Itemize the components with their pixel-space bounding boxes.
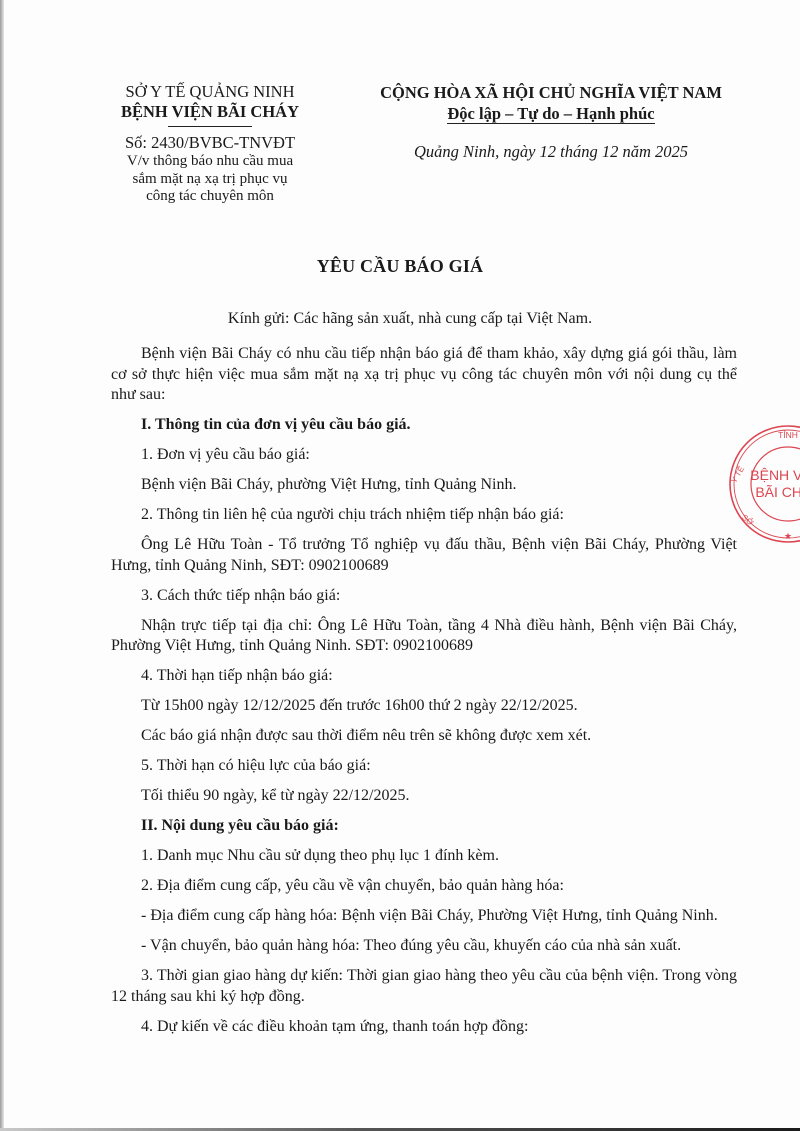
section-1-item-4-value: Từ 15h00 ngày 12/12/2025 đến trước 16h00…	[111, 696, 737, 717]
subject-line: công tác chuyên môn	[100, 188, 320, 206]
section-2-item-2-location: - Địa điểm cung cấp hàng hóa: Bệnh viện …	[111, 906, 737, 927]
national-motto: Độc lập – Tự do – Hạnh phúc	[447, 105, 654, 124]
stamp-top-text: TỈNH	[778, 429, 798, 440]
scan-left-edge	[0, 0, 4, 1131]
section-2-item-2-label: 2. Địa điểm cung cấp, yêu cầu về vận chu…	[111, 876, 737, 897]
document-title: YÊU CẦU BÁO GIÁ	[0, 256, 800, 277]
document-subject: V/v thông báo nhu cầu mua sắm mặt nạ xạ …	[100, 153, 320, 206]
section-1-item-2-value: Ông Lê Hữu Toàn - Tổ trưởng Tổ nghiệp vụ…	[111, 535, 737, 576]
section-1-item-5-label: 5. Thời hạn có hiệu lực của báo giá:	[111, 756, 737, 777]
addressee-line: Kính gửi: Các hãng sản xuất, nhà cung cấ…	[0, 310, 800, 328]
section-1-item-1-value: Bệnh viện Bãi Cháy, phường Việt Hưng, tỉ…	[111, 475, 737, 496]
section-1-item-2-label: 2. Thông tin liên hệ của người chịu trác…	[111, 505, 737, 526]
document-page: SỞ Y TẾ QUẢNG NINH BỆNH VIỆN BÃI CHÁY Số…	[0, 0, 800, 1131]
place-and-date: Quảng Ninh, ngày 12 tháng 12 năm 2025	[356, 141, 746, 162]
organization-name: BỆNH VIỆN BÃI CHÁY	[100, 102, 320, 122]
official-seal-stamp: TỈNH Y TẾ SỞ BỆNH VIỆN BÃI CHÁY ★	[726, 422, 800, 546]
section-1-item-3-label: 3. Cách thức tiếp nhận báo giá:	[111, 586, 737, 607]
header-divider	[168, 126, 252, 127]
document-number: Số: 2430/BVBC-TNVĐT	[100, 133, 320, 153]
section-1-heading: I. Thông tin của đơn vị yêu cầu báo giá.	[111, 415, 737, 436]
section-2-item-2-transport: - Vận chuyển, bảo quản hàng hóa: Theo đú…	[111, 936, 737, 957]
nation-title: CỘNG HÒA XÃ HỘI CHỦ NGHĨA VIỆT NAM	[356, 82, 746, 103]
issuing-authority-block: SỞ Y TẾ QUẢNG NINH BỆNH VIỆN BÃI CHÁY Số…	[100, 82, 320, 206]
section-2-heading: II. Nội dung yêu cầu báo giá:	[111, 816, 737, 837]
section-1-item-5-value: Tối thiểu 90 ngày, kể từ ngày 22/12/2025…	[111, 786, 737, 807]
parent-organization: SỞ Y TẾ QUẢNG NINH	[100, 82, 320, 102]
section-1-item-4-label: 4. Thời hạn tiếp nhận báo giá:	[111, 666, 737, 687]
star-icon: ★	[784, 532, 792, 542]
stamp-bottom-left-text: SỞ	[740, 513, 755, 528]
national-header-block: CỘNG HÒA XÃ HỘI CHỦ NGHĨA VIỆT NAM Độc l…	[356, 82, 746, 162]
stamp-center-line-1: BỆNH VIỆN	[750, 467, 800, 483]
subject-line: sắm mặt nạ xạ trị phục vụ	[100, 171, 320, 189]
section-2-item-4: 4. Dự kiến về các điều khoản tạm ứng, th…	[111, 1017, 737, 1038]
section-2-item-1: 1. Danh mục Nhu cầu sử dụng theo phụ lục…	[111, 846, 737, 867]
section-2-item-3: 3. Thời gian giao hàng dự kiến: Thời gia…	[111, 966, 737, 1007]
section-1-item-1-label: 1. Đơn vị yêu cầu báo giá:	[111, 445, 737, 466]
section-1-item-4-note: Các báo giá nhận được sau thời điểm nêu …	[111, 726, 737, 747]
section-1-item-3-value: Nhận trực tiếp tại địa chỉ: Ông Lê Hữu T…	[111, 616, 737, 657]
subject-line: V/v thông báo nhu cầu mua	[100, 153, 320, 171]
document-body: Bệnh viện Bãi Cháy có nhu cầu tiếp nhận …	[111, 344, 737, 1047]
stamp-center-line-2: BÃI CHÁY	[755, 484, 800, 500]
intro-paragraph: Bệnh viện Bãi Cháy có nhu cầu tiếp nhận …	[111, 344, 737, 406]
